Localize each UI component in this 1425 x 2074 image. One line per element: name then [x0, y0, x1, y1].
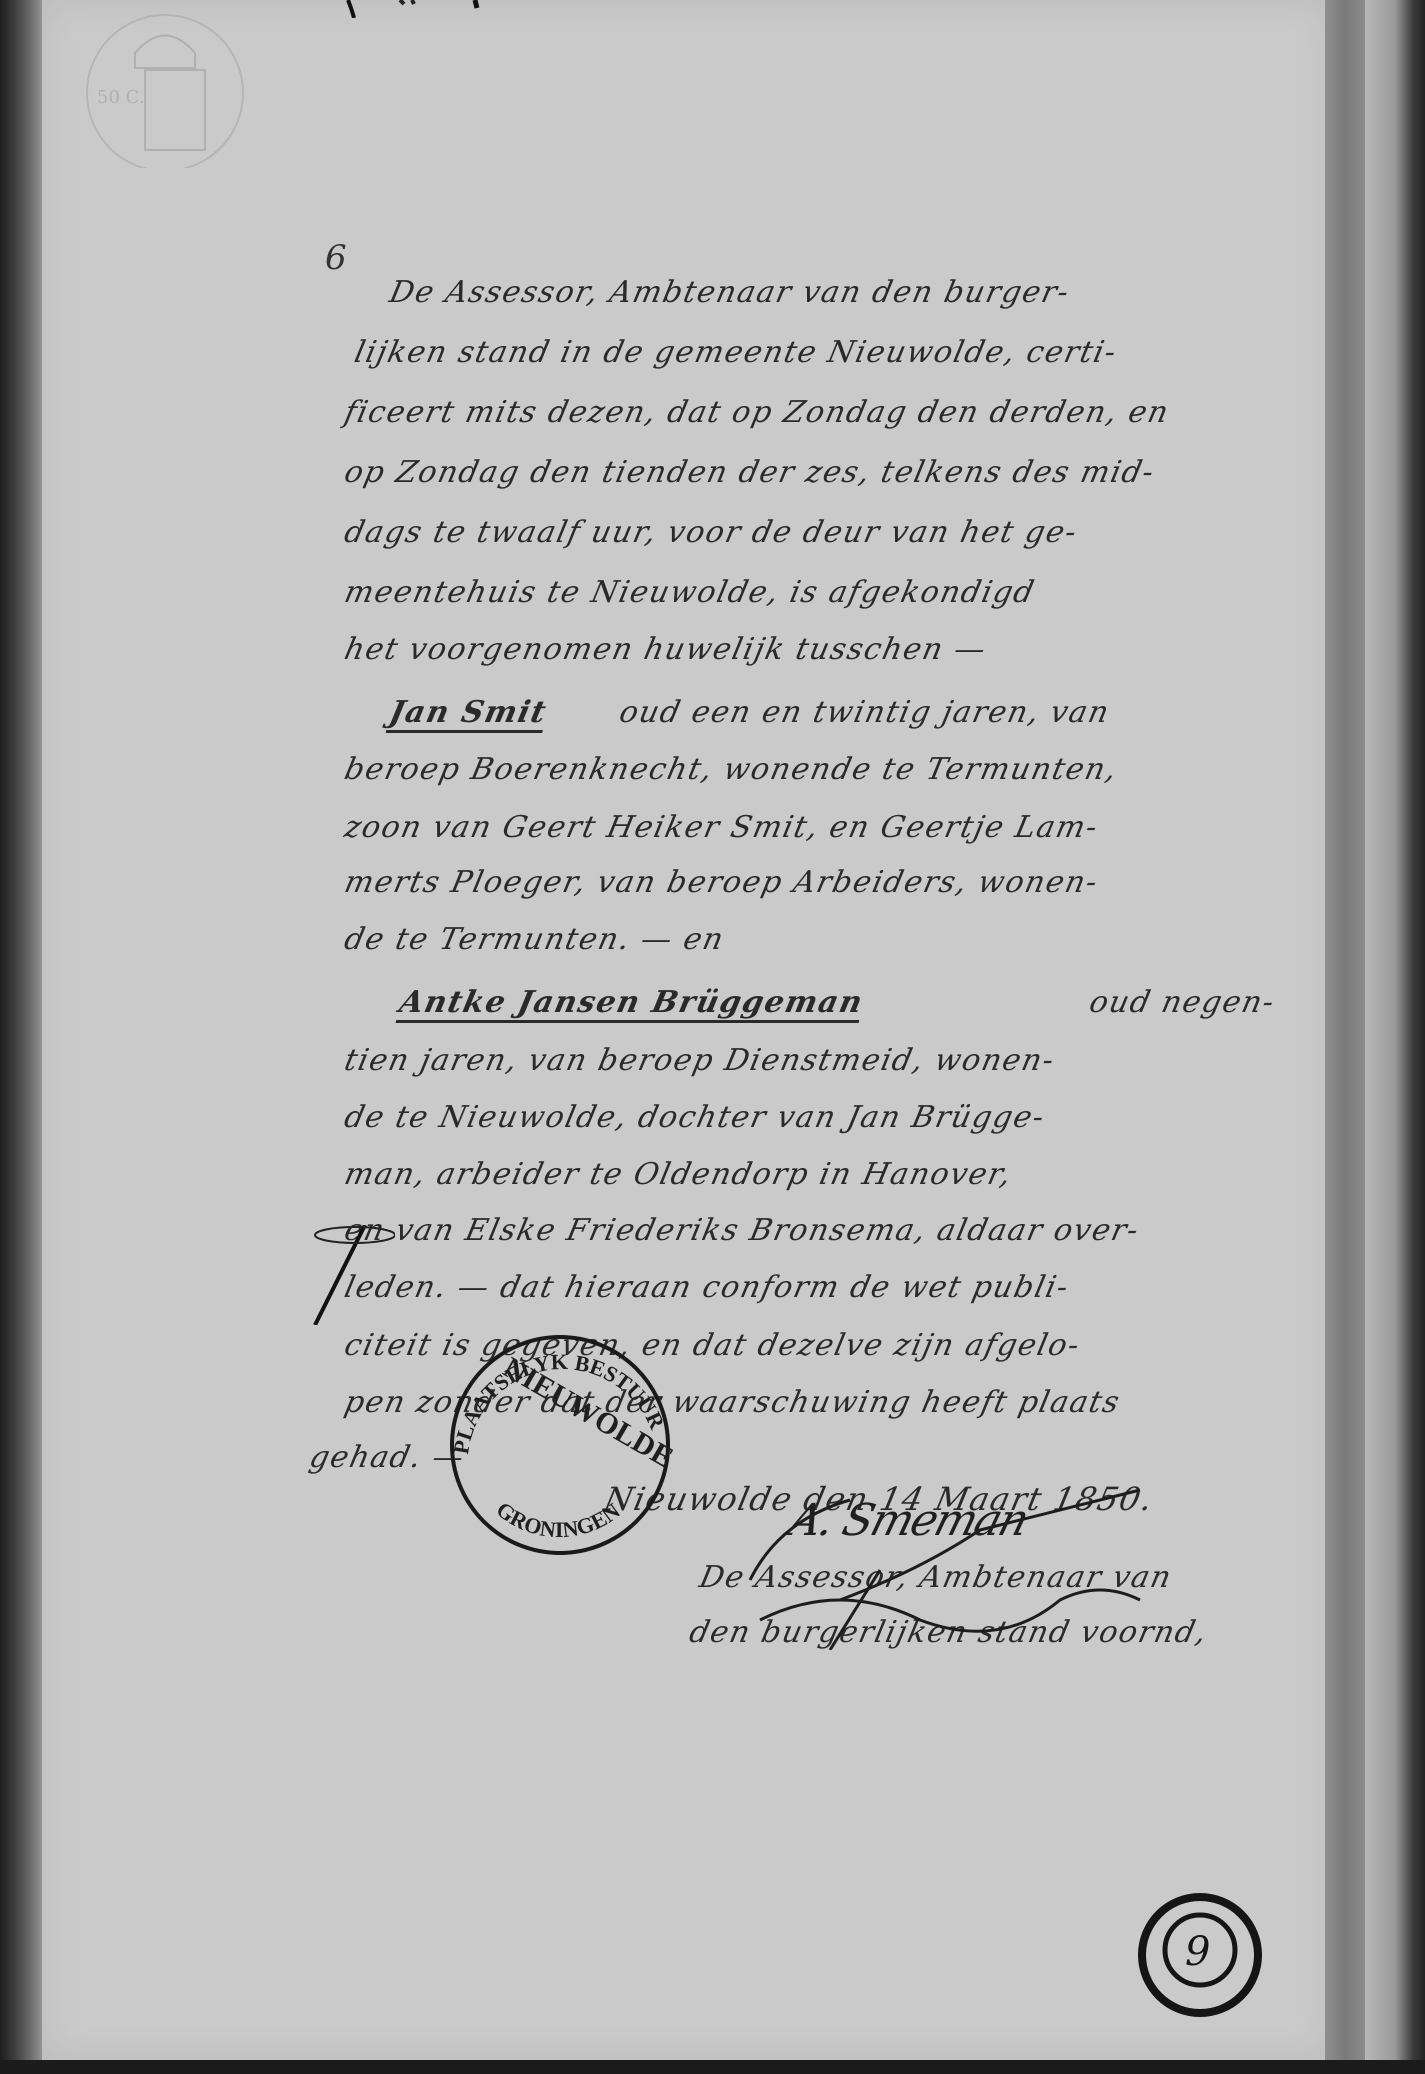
text-line: zoon van Geert Heiker Smit, en Geertje L…	[341, 810, 1101, 845]
scan-right-edge	[1365, 0, 1425, 2074]
text-line: op Zondag den tienden der zes, telkens d…	[341, 455, 1158, 490]
text-line: De Assessor, Ambtenaar van den burger-	[386, 275, 1073, 310]
svg-text:50 C.: 50 C.	[97, 87, 144, 108]
text-line: beroep Boerenknecht, wonende te Termunte…	[341, 752, 1121, 787]
text-line: oud negen-	[1086, 985, 1278, 1020]
archive-number-stamp: 9	[1130, 1890, 1270, 2020]
embossed-tax-seal-icon: 50 C.	[75, 8, 255, 168]
text-line: dags te twaalf uur, voor de deur van het…	[341, 515, 1081, 550]
signature-flourish	[720, 1450, 1160, 1650]
text-line: merts Ploeger, van beroep Arbeiders, won…	[341, 865, 1101, 900]
text-line: meentehuis te Nieuwolde, is afgekondigd	[341, 575, 1038, 610]
municipal-stamp-nieuwolde: PLAATSELYK BESTUUR GRONINGEN NIEUWOLDE	[438, 1325, 678, 1565]
text-line: oud een en twintig jaren, van	[616, 695, 1113, 730]
text-line: leden. — dat hieraan conform de wet publ…	[341, 1270, 1072, 1305]
groom-name: Jan Smit	[386, 695, 550, 730]
text-line: het voorgenomen huwelijk tusschen —	[341, 632, 990, 667]
text-line: de te Nieuwolde, dochter van Jan Brügge-	[341, 1100, 1048, 1135]
signature-name: A. Smeman	[783, 1495, 1033, 1546]
text-line: ficeert mits dezen, dat op Zondag den de…	[341, 395, 1172, 430]
folio-mark: 6	[325, 238, 347, 278]
text-line: man, arbeider te Oldendorp in Hanover,	[341, 1157, 1015, 1192]
top-ink-marks	[340, 0, 520, 18]
bride-name: Antke Jansen Brüggeman	[396, 985, 866, 1020]
text-line: de te Termunten. — en	[341, 922, 727, 957]
svg-text:GRONINGEN: GRONINGEN	[492, 1497, 625, 1543]
scan-left-edge	[0, 0, 44, 2074]
text-line: en van Elske Friederiks Bronsema, aldaar…	[341, 1213, 1143, 1248]
text-line: tien jaren, van beroep Dienstmeid, wonen…	[341, 1043, 1058, 1078]
page-fold-shadow	[1325, 0, 1365, 2060]
svg-text:9: 9	[1185, 1929, 1210, 1975]
margin-pen-stroke	[305, 1225, 395, 1325]
text-line: lijken stand in de gemeente Nieuwolde, c…	[351, 335, 1120, 370]
scan-bottom-edge	[0, 2060, 1425, 2074]
